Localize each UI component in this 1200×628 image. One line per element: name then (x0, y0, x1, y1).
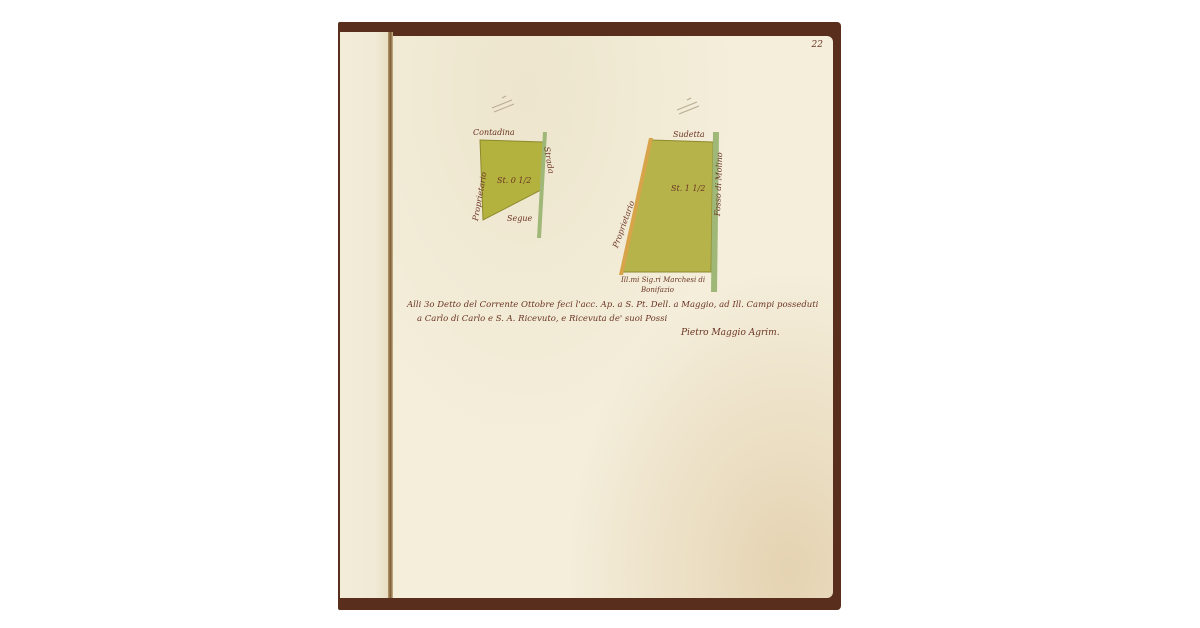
right-page: 22 Contadina St. 0 1/2 Proprietario Segu… (393, 36, 833, 598)
page-number: 22 (812, 40, 823, 50)
plot-right-area: St. 1 1/2 (671, 184, 705, 193)
signature: Pietro Maggio Agrim. (681, 328, 780, 338)
handwritten-note: Alli 3o Detto del Corrente Ottobre feci … (407, 298, 827, 326)
plot-right-label-bottom-2: Bonifazio (641, 286, 674, 294)
note-line-2: a Carlo di Carlo e S. A. Ricevuto, e Ric… (407, 312, 827, 326)
plot-left-area: St. 0 1/2 (497, 176, 531, 185)
plot-right-label-top: Sudetta (673, 130, 705, 139)
compass-mark-right (673, 96, 703, 116)
book: 22 Contadina St. 0 1/2 Proprietario Segu… (338, 22, 841, 610)
left-page (340, 32, 390, 598)
plot-left-label-top: Contadina (473, 128, 515, 137)
plot-right-label-bottom-1: Ill.mi Sig.ri Marchesi di (621, 276, 705, 284)
compass-mark-left (488, 94, 518, 114)
note-line-1: Alli 3o Detto del Corrente Ottobre feci … (407, 298, 827, 312)
plot-left-label-bottom: Segue (507, 214, 532, 223)
